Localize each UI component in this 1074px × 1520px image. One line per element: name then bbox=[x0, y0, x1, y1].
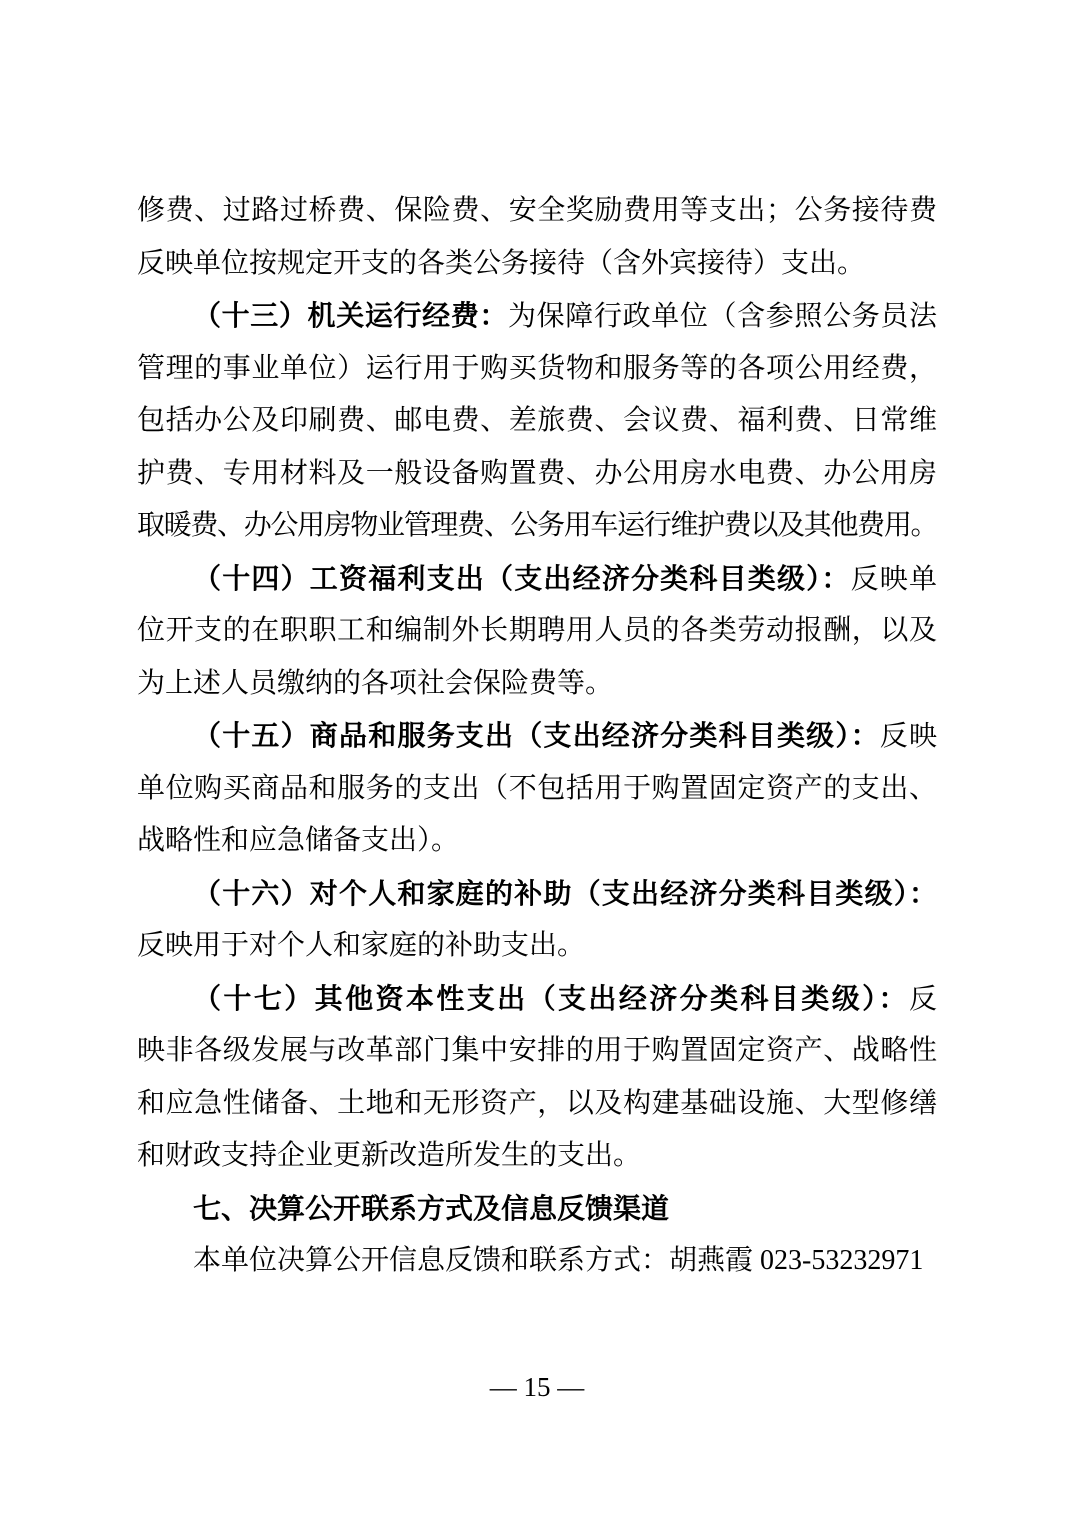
body-line: 护费、专用材料及一般设备购置费、办公用房水电费、办公用房 bbox=[137, 448, 937, 501]
section-13-lead-text: 为保障行政单位（含参照公务员法 bbox=[508, 301, 937, 332]
body-line: 和财政支持企业更新改造所发生的支出。 bbox=[137, 1130, 937, 1183]
section-13-title: （十三）机关运行经费： bbox=[193, 300, 508, 331]
body-line: 反映单位按规定开支的各类公务接待（含外宾接待）支出。 bbox=[137, 238, 937, 291]
section-15-title: （十五）商品和服务支出（支出经济分类科目类级）： bbox=[193, 720, 880, 751]
section-16-heading-line: （十六）对个人和家庭的补助（支出经济分类科目类级）： bbox=[137, 868, 937, 921]
body-line: 战略性和应急储备支出）。 bbox=[137, 815, 937, 868]
section-14-title: （十四）工资福利支出（支出经济分类科目类级）： bbox=[193, 563, 851, 594]
body-line: 位开支的在职职工和编制外长期聘用人员的各类劳动报酬，以及 bbox=[137, 605, 937, 658]
section-16-title: （十六）对个人和家庭的补助（支出经济分类科目类级）： bbox=[193, 878, 937, 909]
body-line: 为上述人员缴纳的各项社会保险费等。 bbox=[137, 658, 937, 711]
section-14-heading-line: （十四）工资福利支出（支出经济分类科目类级）：反映单 bbox=[137, 553, 937, 606]
section-7-title: 七、决算公开联系方式及信息反馈渠道 bbox=[193, 1193, 669, 1224]
body-line: 包括办公及印刷费、邮电费、差旅费、会议费、福利费、日常维 bbox=[137, 395, 937, 448]
body-line: 反映用于对个人和家庭的补助支出。 bbox=[137, 920, 937, 973]
body-line: 修费、过路过桥费、保险费、安全奖励费用等支出；公务接待费 bbox=[137, 185, 937, 238]
section-7-heading-line: 七、决算公开联系方式及信息反馈渠道 bbox=[137, 1183, 937, 1236]
body-line: 取暖费、办公用房物业管理费、公务用车运行维护费以及其他费用。 bbox=[137, 500, 937, 553]
section-15-lead-text: 反映 bbox=[880, 721, 937, 752]
section-15-heading-line: （十五）商品和服务支出（支出经济分类科目类级）：反映 bbox=[137, 710, 937, 763]
section-14-lead-text: 反映单 bbox=[851, 564, 937, 595]
section-17-lead-text: 反 bbox=[909, 984, 937, 1015]
body-line: 单位购买商品和服务的支出（不包括用于购置固定资产的支出、 bbox=[137, 763, 937, 816]
page-number: — 15 — bbox=[0, 1369, 1074, 1405]
body-line: 管理的事业单位）运行用于购买货物和服务等的各项公用经费， bbox=[137, 343, 937, 396]
section-17-title: （十七）其他资本性支出（支出经济分类科目类级）： bbox=[193, 983, 909, 1014]
document-page: 修费、过路过桥费、保险费、安全奖励费用等支出；公务接待费 反映单位按规定开支的各… bbox=[0, 0, 1074, 1520]
section-17-heading-line: （十七）其他资本性支出（支出经济分类科目类级）：反 bbox=[137, 973, 937, 1026]
body-line: 和应急性储备、土地和无形资产，以及构建基础设施、大型修缮 bbox=[137, 1078, 937, 1131]
body-line: 映非各级发展与改革部门集中安排的用于购置固定资产、战略性 bbox=[137, 1025, 937, 1078]
document-body: 修费、过路过桥费、保险费、安全奖励费用等支出；公务接待费 反映单位按规定开支的各… bbox=[137, 185, 937, 1288]
contact-line: 本单位决算公开信息反馈和联系方式：胡燕霞 023-53232971 bbox=[137, 1235, 937, 1288]
section-13-heading-line: （十三）机关运行经费：为保障行政单位（含参照公务员法 bbox=[137, 290, 937, 343]
